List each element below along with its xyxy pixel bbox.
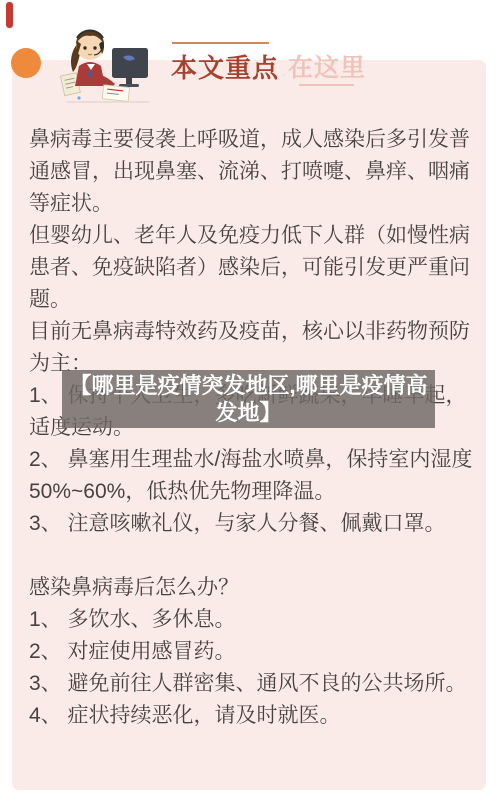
header-accent-line-top <box>172 42 269 44</box>
treatment-item-2: 2、 对症使用感冒药。 <box>29 636 479 668</box>
article-body: 鼻病毒主要侵袭上呼吸道，成人感染后多引发普通感冒，出现鼻塞、流涕、打喷嚏、鼻痒、… <box>29 124 479 732</box>
paragraph-risk-groups: 但婴幼儿、老年人及免疫力低下人群（如慢性病患者、免疫缺陷者）感染后，可能引发更严… <box>29 220 479 316</box>
treatment-item-1: 1、 多饮水、多休息。 <box>29 604 479 636</box>
caption-overlay-text: 【哪里是疫情突发地区,哪里是疫情高发地】 <box>62 372 435 426</box>
prevention-item-2: 2、 鼻塞用生理盐水/海盐水喷鼻，保持室内湿度50%~60%，低热优先物理降温。 <box>29 444 479 508</box>
treatment-item-4: 4、 症状持续恶化，请及时就医。 <box>29 700 479 732</box>
section-heading-what-to-do: 感染鼻病毒后怎么办？ <box>29 572 479 604</box>
treatment-item-3: 3、 避免前往人群密集、通风不良的公共场所。 <box>29 668 479 700</box>
header-accent-line-bottom <box>299 84 354 86</box>
header-subtitle: 在这里 <box>288 48 366 84</box>
red-corner-marker <box>6 2 13 28</box>
orange-dot-decoration <box>11 48 41 78</box>
woman-at-computer-illustration <box>57 24 157 114</box>
article-card: 本文重点 在这里 鼻病毒主要侵袭上呼吸道，成人感染后多引发普通感冒，出现鼻塞、流… <box>0 0 500 802</box>
blank-line <box>29 540 479 572</box>
prevention-item-3: 3、 注意咳嗽礼仪，与家人分餐、佩戴口罩。 <box>29 508 479 540</box>
paragraph-symptoms: 鼻病毒主要侵袭上呼吸道，成人感染后多引发普通感冒，出现鼻塞、流涕、打喷嚏、鼻痒、… <box>29 124 479 220</box>
caption-overlay: 【哪里是疫情突发地区,哪里是疫情高发地】 <box>62 370 435 428</box>
header-title: 本文重点 <box>171 48 279 85</box>
